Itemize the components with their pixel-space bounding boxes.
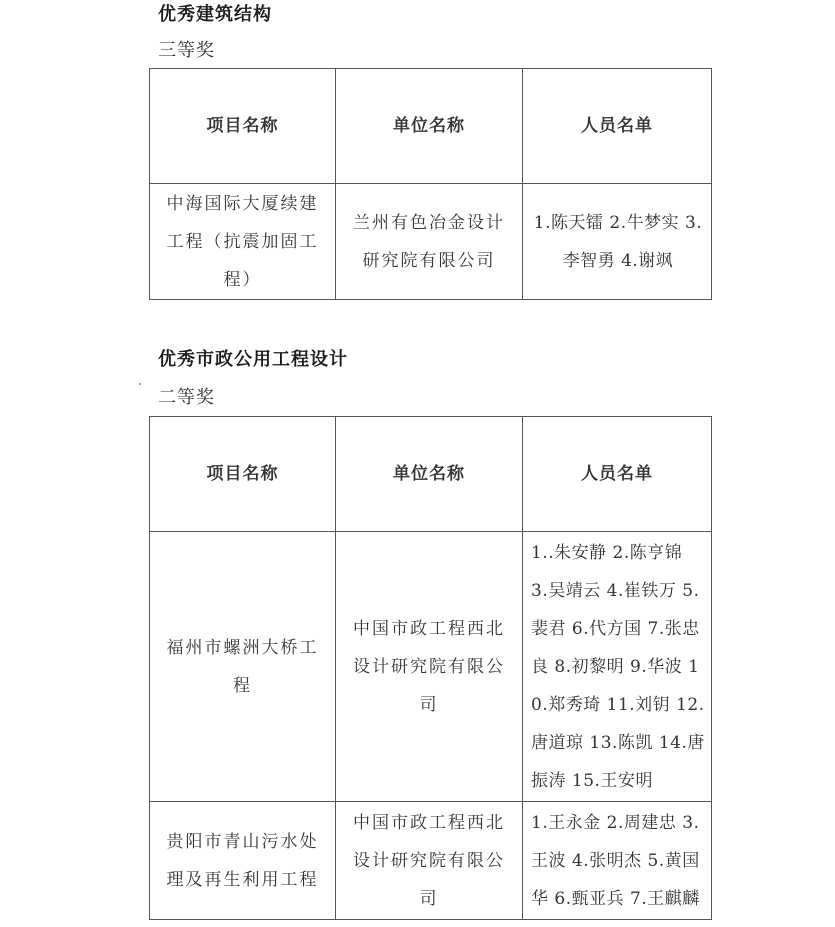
award-level-third: 三等奖 bbox=[158, 36, 215, 62]
table-row: 福州市螺洲大桥工程 中国市政工程西北设计研究院有限公司 1..朱安静 2.陈亨锦… bbox=[150, 532, 712, 802]
header-people-list: 人员名单 bbox=[523, 417, 712, 532]
cell-unit: 中国市政工程西北设计研究院有限公司 bbox=[336, 532, 523, 802]
table-row: 中海国际大厦续建工程（抗震加固工程） 兰州有色冶金设计研究院有限公司 1.陈天镭… bbox=[150, 184, 712, 300]
cell-unit: 兰州有色冶金设计研究院有限公司 bbox=[336, 184, 523, 300]
header-project-name: 项目名称 bbox=[150, 417, 336, 532]
header-people-list: 人员名单 bbox=[523, 69, 712, 184]
cell-project: 贵阳市青山污水处理及再生利用工程 bbox=[150, 802, 336, 920]
award-table-structure: 项目名称 单位名称 人员名单 中海国际大厦续建工程（抗震加固工程） 兰州有色冶金… bbox=[149, 68, 712, 300]
table-row: 贵阳市青山污水处理及再生利用工程 中国市政工程西北设计研究院有限公司 1.王永金… bbox=[150, 802, 712, 920]
cell-people: 1.陈天镭 2.牛梦实 3.李智勇 4.谢飒 bbox=[523, 184, 712, 300]
header-unit-name: 单位名称 bbox=[336, 417, 523, 532]
section-title-structure: 优秀建筑结构 bbox=[158, 0, 272, 26]
cell-people: 1..朱安静 2.陈亨锦 3.吴靖云 4.崔铁万 5.裴君 6.代方国 7.张忠… bbox=[523, 532, 712, 802]
header-unit-name: 单位名称 bbox=[336, 69, 523, 184]
cell-project: 中海国际大厦续建工程（抗震加固工程） bbox=[150, 184, 336, 300]
table-header-row: 项目名称 单位名称 人员名单 bbox=[150, 69, 712, 184]
cell-unit: 中国市政工程西北设计研究院有限公司 bbox=[336, 802, 523, 920]
award-level-second: 二等奖 bbox=[158, 383, 215, 409]
cell-project: 福州市螺洲大桥工程 bbox=[150, 532, 336, 802]
section-title-municipal: 优秀市政公用工程设计 bbox=[158, 345, 348, 371]
cell-people: 1.王永金 2.周建忠 3.王波 4.张明杰 5.黄国华 6.甄亚兵 7.王麒麟 bbox=[523, 802, 712, 920]
scan-mark bbox=[139, 383, 141, 385]
header-project-name: 项目名称 bbox=[150, 69, 336, 184]
award-table-municipal: 项目名称 单位名称 人员名单 福州市螺洲大桥工程 中国市政工程西北设计研究院有限… bbox=[149, 416, 712, 920]
table-header-row: 项目名称 单位名称 人员名单 bbox=[150, 417, 712, 532]
